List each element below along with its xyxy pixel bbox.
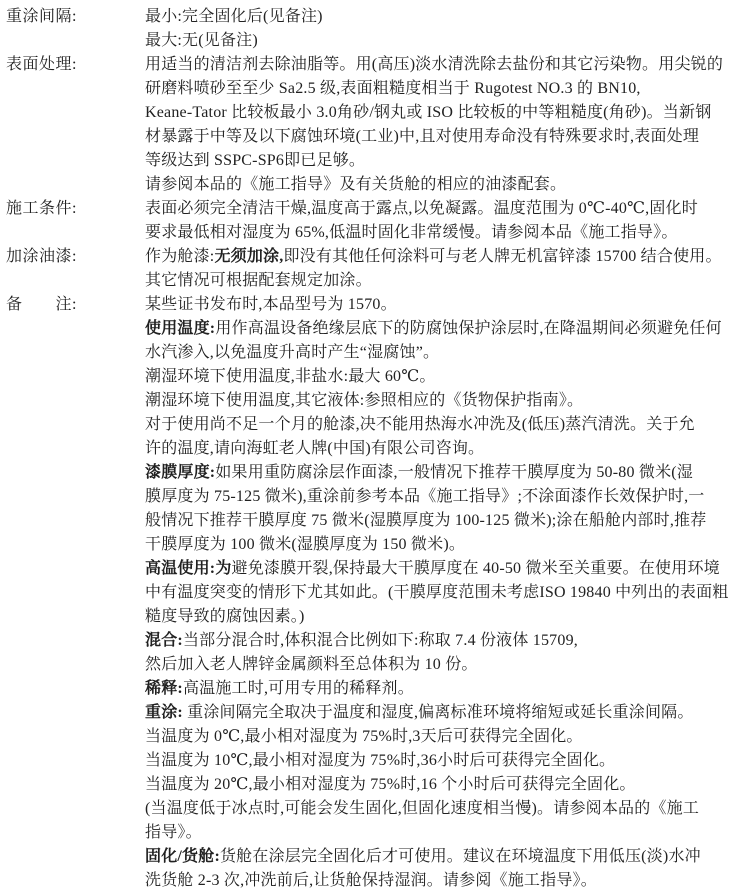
text-segment: 其它情况可根据配套规定加涂。 xyxy=(145,272,372,289)
section-row: 加涂油漆:作为舱漆:无须加涂,即没有其他任何涂料可与老人牌无机富锌漆 15700… xyxy=(0,245,732,293)
text-segment: 对于使用尚不足一个月的舱漆,决不能用热海水冲洗及(低压)蒸汽清洗。关于允 xyxy=(145,416,695,433)
text-segment: 当温度为 0℃,最小相对湿度为 75%时,3天后可获得完全固化。 xyxy=(145,728,583,745)
text-line: 最大:无(见备注) xyxy=(145,29,732,53)
section-content: 用适当的清洁剂去除油脂等。用(高压)淡水清洗除去盐份和其它污染物。用尖锐的研磨料… xyxy=(145,53,732,197)
text-line: 等级达到 SSPC-SP6即已足够。 xyxy=(145,149,732,173)
text-segment: Keane-Tator 比较板最小 3.0角砂/钢丸或 ISO 比较板的中等粗糙… xyxy=(145,104,711,121)
text-line: 膜厚度为 75-125 微米),重涂前参考本品《施工指导》;不涂面漆作长效保护时… xyxy=(145,485,732,509)
text-segment: 重涂间隔完全取决于温度和湿度,偏离标准环境将缩短或延长重涂间隔。 xyxy=(183,704,694,721)
section-content: 表面必须完全清洁干燥,温度高于露点,以免凝露。温度范围为 0℃-40℃,固化时要… xyxy=(145,197,732,245)
text-line: Keane-Tator 比较板最小 3.0角砂/钢丸或 ISO 比较板的中等粗糙… xyxy=(145,101,732,125)
text-segment: 最小:完全固化后(见备注) xyxy=(145,8,323,25)
text-segment: 要求最低相对湿度为 65%,低温时固化非常缓慢。请参阅本品《施工指导》。 xyxy=(145,224,678,241)
text-segment: 中有温度突变的情形下尤其如此。(干膜厚度范围未考虑ISO 19840 中列出的表… xyxy=(145,584,729,601)
text-segment-bold: 高温使用:为 xyxy=(145,560,232,577)
text-segment: 最大:无(见备注) xyxy=(145,32,258,49)
text-line: 当温度为 0℃,最小相对湿度为 75%时,3天后可获得完全固化。 xyxy=(145,725,732,749)
text-line: 材暴露于中等及以下腐蚀环境(工业)中,且对使用寿命没有特殊要求时,表面处理 xyxy=(145,125,732,149)
section-content: 作为舱漆:无须加涂,即没有其他任何涂料可与老人牌无机富锌漆 15700 结合使用… xyxy=(145,245,732,293)
text-line: 潮湿环境下使用温度,其它液体:参照相应的《货物保护指南》。 xyxy=(145,389,732,413)
text-line: 某些证书发布时,本品型号为 1570。 xyxy=(145,293,732,317)
text-segment: 潮湿环境下使用温度,非盐水:最大 60℃。 xyxy=(145,368,436,385)
text-line: 潮湿环境下使用温度,非盐水:最大 60℃。 xyxy=(145,365,732,389)
text-segment: 干膜厚度为 100 微米(湿膜厚度为 150 微米)。 xyxy=(145,536,465,553)
text-segment: 货舱在涂层完全固化后才可使用。建议在环境温度下用低压(淡)水冲 xyxy=(220,848,701,865)
text-line: 固化/货舱:货舱在涂层完全固化后才可使用。建议在环境温度下用低压(淡)水冲 xyxy=(145,845,732,869)
text-segment: 般情况下推荐干膜厚度 75 微米(湿膜厚度为 100-125 微米);涂在船舱内… xyxy=(145,512,706,529)
text-segment: 当温度为 20℃,最小相对湿度为 75%时,16 个小时后可获得完全固化。 xyxy=(145,776,636,793)
text-line: 对于使用尚不足一个月的舱漆,决不能用热海水冲洗及(低压)蒸汽清洗。关于允 xyxy=(145,413,732,437)
section-label: 施工条件: xyxy=(0,197,145,221)
text-segment: 请参阅本品的《施工指导》及有关货舱的相应的油漆配套。 xyxy=(145,176,566,193)
text-line: 研磨料喷砂至至少 Sa2.5 级,表面粗糙度相当于 Rugotest NO.3 … xyxy=(145,77,732,101)
text-segment: 避免漆膜开裂,保持最大干膜厚度在 40-50 微米至关重要。在使用环境 xyxy=(232,560,720,577)
text-line: 漆膜厚度:如果用重防腐涂层作面漆,一般情况下推荐干膜厚度为 50-80 微米(湿 xyxy=(145,461,732,485)
section-label: 加涂油漆: xyxy=(0,245,145,269)
text-line: 高温使用:为避免漆膜开裂,保持最大干膜厚度在 40-50 微米至关重要。在使用环… xyxy=(145,557,732,581)
section-row: 表面处理:用适当的清洁剂去除油脂等。用(高压)淡水清洗除去盐份和其它污染物。用尖… xyxy=(0,53,732,197)
text-line: 中有温度突变的情形下尤其如此。(干膜厚度范围未考虑ISO 19840 中列出的表… xyxy=(145,581,732,605)
text-segment: 用作高温设备绝缘层底下的防腐蚀保护涂层时,在降温期间必须避免任何 xyxy=(215,320,721,337)
section-row: 备 注:某些证书发布时,本品型号为 1570。使用温度:用作高温设备绝缘层底下的… xyxy=(0,293,732,893)
text-line: 作为舱漆:无须加涂,即没有其他任何涂料可与老人牌无机富锌漆 15700 结合使用… xyxy=(145,245,732,269)
text-line: 使用温度:用作高温设备绝缘层底下的防腐蚀保护涂层时,在降温期间必须避免任何 xyxy=(145,317,732,341)
text-segment-bold: 固化/货舱: xyxy=(145,848,220,865)
text-segment: 研磨料喷砂至至少 Sa2.5 级,表面粗糙度相当于 Rugotest NO.3 … xyxy=(145,80,641,97)
text-line: 糙度导致的腐蚀因素。) xyxy=(145,605,732,629)
text-line: 稀释:高温施工时,可用专用的稀释剂。 xyxy=(145,677,732,701)
text-line: (当温度低于冰点时,可能会发生固化,但固化速度相当慢)。请参阅本品的《施工 xyxy=(145,797,732,821)
datasheet-document: 重涂间隔:最小:完全固化后(见备注)最大:无(见备注)表面处理:用适当的清洁剂去… xyxy=(0,0,732,893)
text-line: 当温度为 10℃,最小相对湿度为 75%时,36小时后可获得完全固化。 xyxy=(145,749,732,773)
text-segment: 即没有其他任何涂料可与老人牌无机富锌漆 15700 结合使用。 xyxy=(283,248,721,265)
text-segment: 指导》。 xyxy=(145,824,202,841)
text-line: 用适当的清洁剂去除油脂等。用(高压)淡水清洗除去盐份和其它污染物。用尖锐的 xyxy=(145,53,732,77)
text-segment-bold: 稀释: xyxy=(145,680,183,697)
text-segment-bold: 无须加涂, xyxy=(214,248,283,265)
text-segment: 当部分混合时,体积混合比例如下:称取 7.4 份液体 15709, xyxy=(183,632,578,649)
section-label: 重涂间隔: xyxy=(0,5,145,29)
text-segment-bold: 混合: xyxy=(145,632,183,649)
text-segment-bold: 重涂: xyxy=(145,704,183,721)
section-label: 备 注: xyxy=(0,293,145,317)
text-segment: 某些证书发布时,本品型号为 1570。 xyxy=(145,296,397,313)
section-content: 某些证书发布时,本品型号为 1570。使用温度:用作高温设备绝缘层底下的防腐蚀保… xyxy=(145,293,732,893)
text-segment: 洗货舱 2-3 次,冲洗前后,让货舱保持湿润。请参阅《施工指导》。 xyxy=(145,872,597,889)
text-line: 当温度为 20℃,最小相对湿度为 75%时,16 个小时后可获得完全固化。 xyxy=(145,773,732,797)
text-line: 然后加入老人牌锌金属颜料至总体积为 10 份。 xyxy=(145,653,732,677)
text-segment: 当温度为 10℃,最小相对湿度为 75%时,36小时后可获得完全固化。 xyxy=(145,752,615,769)
text-line: 重涂: 重涂间隔完全取决于温度和湿度,偏离标准环境将缩短或延长重涂间隔。 xyxy=(145,701,732,725)
section-content: 最小:完全固化后(见备注)最大:无(见备注) xyxy=(145,5,732,53)
text-segment: 等级达到 SSPC-SP6即已足够。 xyxy=(145,152,365,169)
text-line: 最小:完全固化后(见备注) xyxy=(145,5,732,29)
text-segment: 然后加入老人牌锌金属颜料至总体积为 10 份。 xyxy=(145,656,478,673)
text-segment: 如果用重防腐涂层作面漆,一般情况下推荐干膜厚度为 50-80 微米(湿 xyxy=(215,464,693,481)
section-row: 施工条件:表面必须完全清洁干燥,温度高于露点,以免凝露。温度范围为 0℃-40℃… xyxy=(0,197,732,245)
text-segment: (当温度低于冰点时,可能会发生固化,但固化速度相当慢)。请参阅本品的《施工 xyxy=(145,800,699,817)
text-line: 混合:当部分混合时,体积混合比例如下:称取 7.4 份液体 15709, xyxy=(145,629,732,653)
text-segment-bold: 使用温度: xyxy=(145,320,215,337)
text-segment: 表面必须完全清洁干燥,温度高于露点,以免凝露。温度范围为 0℃-40℃,固化时 xyxy=(145,200,698,217)
text-line: 表面必须完全清洁干燥,温度高于露点,以免凝露。温度范围为 0℃-40℃,固化时 xyxy=(145,197,732,221)
text-segment: 高温施工时,可用专用的稀释剂。 xyxy=(183,680,414,697)
text-line: 许的温度,请向海虹老人牌(中国)有限公司咨询。 xyxy=(145,437,732,461)
section-label: 表面处理: xyxy=(0,53,145,77)
text-line: 指导》。 xyxy=(145,821,732,845)
text-segment-bold: 漆膜厚度: xyxy=(145,464,215,481)
text-segment: 许的温度,请向海虹老人牌(中国)有限公司咨询。 xyxy=(145,440,484,457)
text-segment: 作为舱漆: xyxy=(145,248,214,265)
text-segment: 膜厚度为 75-125 微米),重涂前参考本品《施工指导》;不涂面漆作长效保护时… xyxy=(145,488,705,505)
text-line: 其它情况可根据配套规定加涂。 xyxy=(145,269,732,293)
text-line: 请参阅本品的《施工指导》及有关货舱的相应的油漆配套。 xyxy=(145,173,732,197)
text-line: 干膜厚度为 100 微米(湿膜厚度为 150 微米)。 xyxy=(145,533,732,557)
text-segment: 水汽渗入,以免温度升高时产生“湿腐蚀”。 xyxy=(145,344,439,361)
text-line: 水汽渗入,以免温度升高时产生“湿腐蚀”。 xyxy=(145,341,732,365)
text-line: 要求最低相对湿度为 65%,低温时固化非常缓慢。请参阅本品《施工指导》。 xyxy=(145,221,732,245)
text-line: 洗货舱 2-3 次,冲洗前后,让货舱保持湿润。请参阅《施工指导》。 xyxy=(145,869,732,893)
section-row: 重涂间隔:最小:完全固化后(见备注)最大:无(见备注) xyxy=(0,5,732,53)
text-segment: 材暴露于中等及以下腐蚀环境(工业)中,且对使用寿命没有特殊要求时,表面处理 xyxy=(145,128,699,145)
text-segment: 用适当的清洁剂去除油脂等。用(高压)淡水清洗除去盐份和其它污染物。用尖锐的 xyxy=(145,56,723,73)
text-line: 般情况下推荐干膜厚度 75 微米(湿膜厚度为 100-125 微米);涂在船舱内… xyxy=(145,509,732,533)
text-segment: 潮湿环境下使用温度,其它液体:参照相应的《货物保护指南》。 xyxy=(145,392,583,409)
text-segment: 糙度导致的腐蚀因素。) xyxy=(145,608,305,625)
